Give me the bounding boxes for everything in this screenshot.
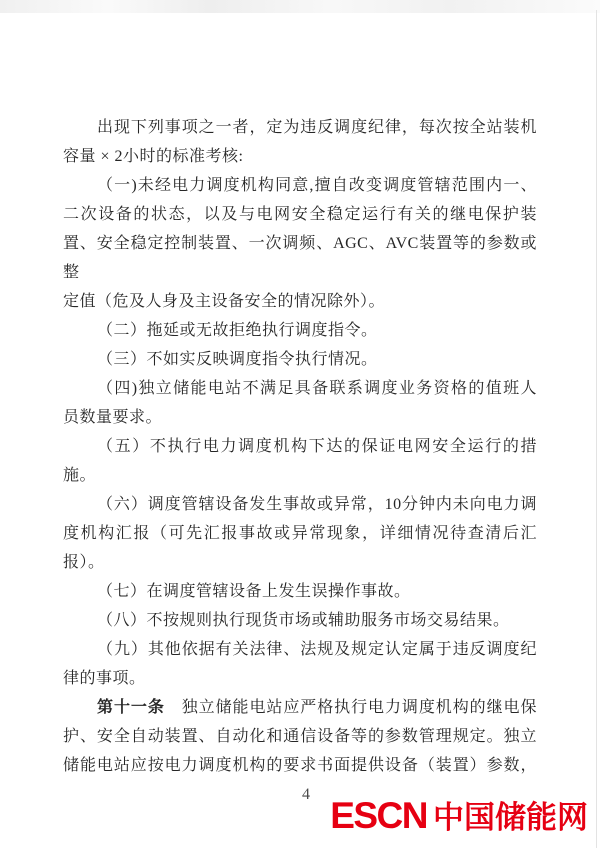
- escn-logo-latin: ESCN: [330, 797, 427, 834]
- paragraph-line: 出现下列事项之一者，定为违反调度纪律，每次按全站装机: [63, 113, 537, 142]
- paragraph-line: 二次设备的状态，以及与电网安全稳定运行有关的继电保护装: [63, 200, 537, 229]
- document-body: 出现下列事项之一者，定为违反调度纪律，每次按全站装机 容量 × 2小时的标准考核…: [63, 113, 537, 780]
- paragraph-line: （一)未经电力调度机构同意,擅自改变调度管辖范围内一、: [63, 171, 537, 200]
- paragraph-line: 护、安全自动装置、自动化和通信设备等的参数管理规定。独立: [63, 722, 537, 751]
- paragraph-line: 度机构汇报（可先汇报事故或异常现象，详细情况待查清后汇: [63, 519, 537, 548]
- article-text: 独立储能电站应严格执行电力调度机构的继电保: [165, 699, 537, 716]
- paragraph-line: （三）不如实反映调度指令执行情况。: [63, 345, 537, 374]
- paragraph-line: （四)独立储能电站不满足具备联系调度业务资格的值班人: [63, 374, 537, 403]
- paragraph-line: （六）调度管辖设备发生事故或异常，10分钟内未向电力调: [63, 490, 537, 519]
- document-page: 出现下列事项之一者，定为违反调度纪律，每次按全站装机 容量 × 2小时的标准考核…: [0, 0, 600, 848]
- paragraph-line: 置、安全稳定控制装置、一次调频、AGC、AVC装置等的参数或整: [63, 229, 537, 287]
- escn-logo-cjk: 中国储能网: [433, 802, 588, 833]
- paragraph-line: 施。: [63, 461, 537, 490]
- paragraph-line: （八）不按规则执行现货市场或辅助服务市场交易结果。: [63, 606, 537, 635]
- paragraph-line: 定值（危及人身及主设备安全的情况除外）。: [63, 287, 537, 316]
- paragraph-line-article-heading: 第十一条 独立储能电站应严格执行电力调度机构的继电保: [63, 693, 537, 722]
- paragraph-line: 储能电站应按电力调度机构的要求书面提供设备（装置）参数，: [63, 751, 537, 780]
- paragraph-line: （七）在调度管辖设备上发生误操作事故。: [63, 577, 537, 606]
- scan-artifact-right-edge: [596, 10, 597, 848]
- article-number-bold: 第十一条: [97, 699, 165, 716]
- paragraph-line: 律的事项。: [63, 664, 537, 693]
- paragraph-line: （五）不执行电力调度机构下达的保证电网安全运行的措: [63, 432, 537, 461]
- paragraph-line: 容量 × 2小时的标准考核:: [63, 142, 537, 171]
- scan-artifact-top: [0, 0, 600, 13]
- paragraph-line: 员数量要求。: [63, 403, 537, 432]
- paragraph-line: （九）其他依据有关法律、法规及规定认定属于违反调度纪: [63, 635, 537, 664]
- paragraph-line: （二）拖延或无故拒绝执行调度指令。: [63, 316, 537, 345]
- paragraph-line: 报）。: [63, 548, 537, 577]
- escn-watermark-logo: ESCN 中国储能网: [330, 797, 588, 834]
